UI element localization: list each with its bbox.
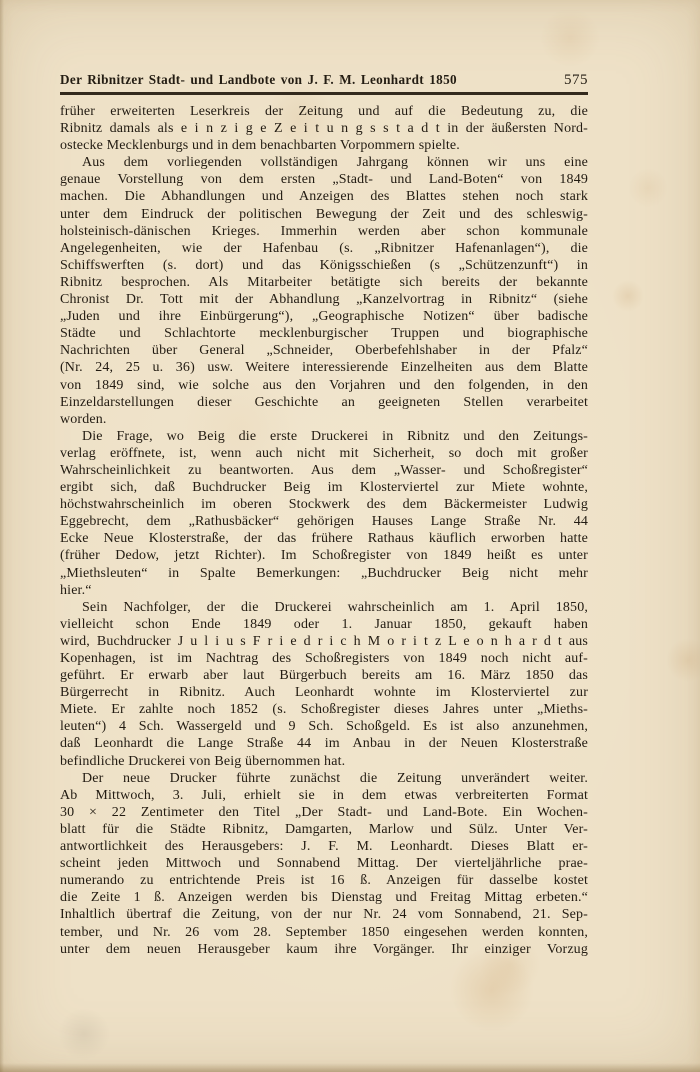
text-line: Aus dem vorliegenden vollständigen Jahrg… [60, 154, 588, 171]
text-line: befindliche Druckerei von Beig übernomme… [60, 753, 588, 770]
text-line: Nachrichten über General „Schneider, Obe… [60, 342, 588, 359]
text-line: Sein Nachfolger, der die Druckerei wahrs… [60, 599, 588, 616]
text-line: verlag eröffnete, ist, wenn auch nicht m… [60, 445, 588, 462]
text-line: Der neue Drucker führte zunächst die Zei… [60, 770, 588, 787]
text-line: unter dem neuen Herausgeber kaum ihre Vo… [60, 941, 588, 958]
text-line: worden. [60, 411, 588, 428]
text-line: Ecke Neue Klosterstraße, der das frühere… [60, 530, 588, 547]
text-line: leuten“) 4 Sch. Wassergeld und 9 Sch. Sc… [60, 718, 588, 735]
text-line: Bürgerrecht in Ribnitz. Auch Leonhardt w… [60, 684, 588, 701]
book-page: Der Ribnitzer Stadt- und Landbote von J.… [0, 0, 700, 1072]
paragraph: Sein Nachfolger, der die Druckerei wahrs… [60, 599, 588, 770]
text-line: machen. Die Abhandlungen und Anzeigen de… [60, 188, 588, 205]
text-line: Ribnitz damals als e i n z i g e Z e i t… [60, 120, 588, 137]
text-line: hier.“ [60, 582, 588, 599]
running-title: Der Ribnitzer Stadt- und Landbote von J.… [60, 72, 457, 88]
text-line: blatt für die Städte Ribnitz, Damgarten,… [60, 821, 588, 838]
text-line: die Zeite 1 ß. Anzeigen werden bis Diens… [60, 889, 588, 906]
text-line: Ab Mittwoch, 3. Juli, erhielt sie in dem… [60, 787, 588, 804]
paragraph: Die Frage, wo Beig die erste Druckerei i… [60, 428, 588, 599]
text-line: daß Leonhardt die Lange Straße 44 im Anb… [60, 735, 588, 752]
paragraph: Aus dem vorliegenden vollständigen Jahrg… [60, 154, 588, 428]
text-line: holsteinisch-dänischen Krieges. Immerhin… [60, 223, 588, 240]
text-line: Kopenhagen, ist im Nachtrag des Schoßreg… [60, 650, 588, 667]
page-bottom-edge-shadow [0, 1063, 700, 1072]
text-line: geführt. Er erwarb aber laut Bürgerbuch … [60, 667, 588, 684]
text-line: 30 × 22 Zentimeter den Titel „Der Stadt-… [60, 804, 588, 821]
text-line: tember, und Nr. 26 vom 28. September 185… [60, 924, 588, 941]
header-double-rule [60, 92, 588, 95]
text-line: Städte und Schlachtorte mecklenburgische… [60, 325, 588, 342]
text-line: Angelegenheiten, wie der Hafenbau (s. „R… [60, 240, 588, 257]
text-line: von 1849 sind, wie solche aus den Vorjah… [60, 377, 588, 394]
text-line: Chronist Dr. Tott mit der Abhandlung „Ka… [60, 291, 588, 308]
text-line: „Miethsleuten“ in Spalte Bemerkungen: „B… [60, 565, 588, 582]
text-line: unter dem Eindruck der politischen Beweg… [60, 206, 588, 223]
running-header: Der Ribnitzer Stadt- und Landbote von J.… [60, 72, 588, 89]
text-line: höchstwahrscheinlich im oberen Stockwerk… [60, 496, 588, 513]
text-line: numerando zu entrichtende Preis ist 16 ß… [60, 872, 588, 889]
text-line: Miete. Er zahlte noch 1852 (s. Schoßregi… [60, 701, 588, 718]
text-line: Ribnitz besprochen. Als Mitarbeiter betä… [60, 274, 588, 291]
text-line: früher erweiterten Leserkreis der Zeitun… [60, 103, 588, 120]
page-number: 575 [564, 72, 588, 89]
text-line: Schiffswerften (s. dort) und das Königss… [60, 257, 588, 274]
text-line: scheint jeden Mittwoch und Sonnabend Mit… [60, 855, 588, 872]
text-line: Einzeldarstellungen dieser Geschichte an… [60, 394, 588, 411]
text-line: Wahrscheinlichkeit zu beantworten. Aus d… [60, 462, 588, 479]
text-line: „Juden und ihre Einbürgerung“), „Geograp… [60, 308, 588, 325]
text-line: (früher Dedow, jetzt Richter). Im Schoßr… [60, 547, 588, 564]
text-line: Die Frage, wo Beig die erste Druckerei i… [60, 428, 588, 445]
text-line: antwortlichkeit des Herausgebers: J. F. … [60, 838, 588, 855]
page-left-edge-shadow [0, 0, 4, 1072]
text-line: ergibt sich, daß Buchdrucker Beig im Klo… [60, 479, 588, 496]
text-line: (Nr. 24, 25 u. 36) usw. Weitere interess… [60, 359, 588, 376]
paragraph: Der neue Drucker führte zunächst die Zei… [60, 770, 588, 958]
text-line: wird, Buchdrucker J u l i u s F r i e d … [60, 633, 588, 650]
paragraph: früher erweiterten Leserkreis der Zeitun… [60, 103, 588, 154]
text-line: Inhaltlich übertraf die Zeitung, von der… [60, 906, 588, 923]
text-line: ostecke Mecklenburgs und in dem benachba… [60, 137, 588, 154]
text-line: Eggebrecht, dem „Rathusbäcker“ gehörigen… [60, 513, 588, 530]
text-block: früher erweiterten Leserkreis der Zeitun… [60, 103, 588, 958]
text-line: genaue Vorstellung von dem ersten „Stadt… [60, 171, 588, 188]
text-line: vielleicht schon Ende 1849 oder 1. Janua… [60, 616, 588, 633]
